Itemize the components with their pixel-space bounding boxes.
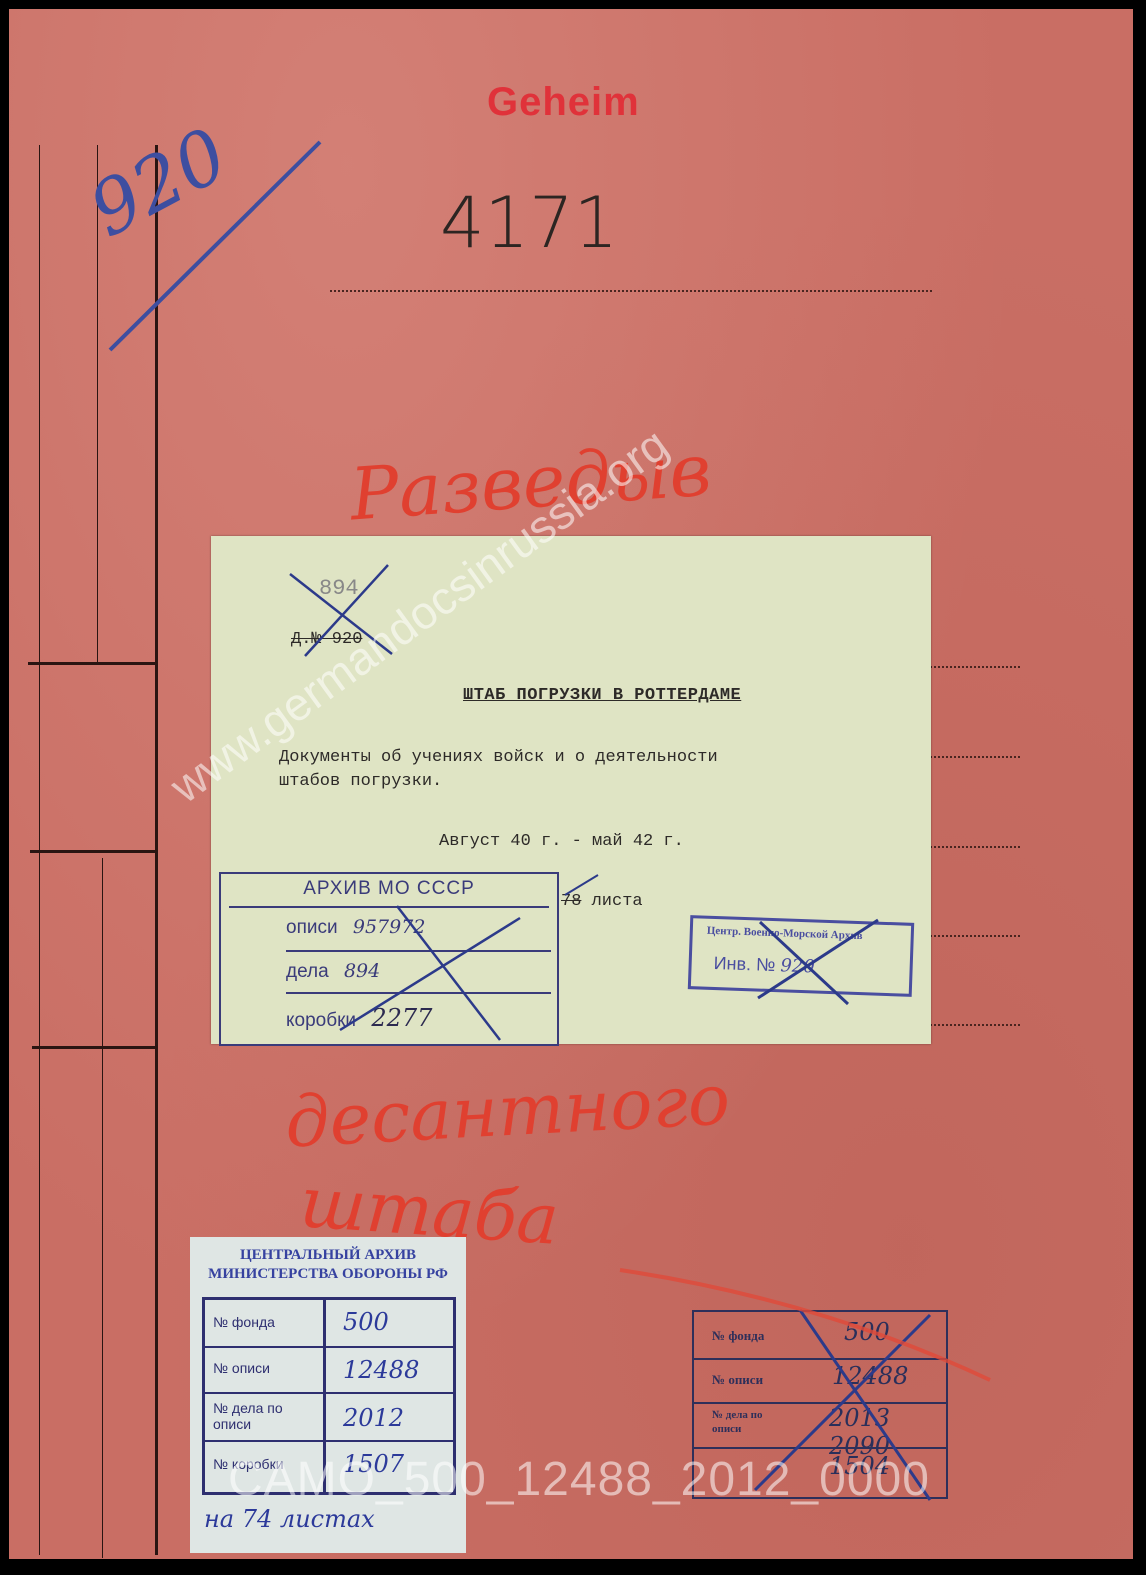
watermark-id: CAMO_500_12488_2012_0000 — [228, 1452, 930, 1507]
